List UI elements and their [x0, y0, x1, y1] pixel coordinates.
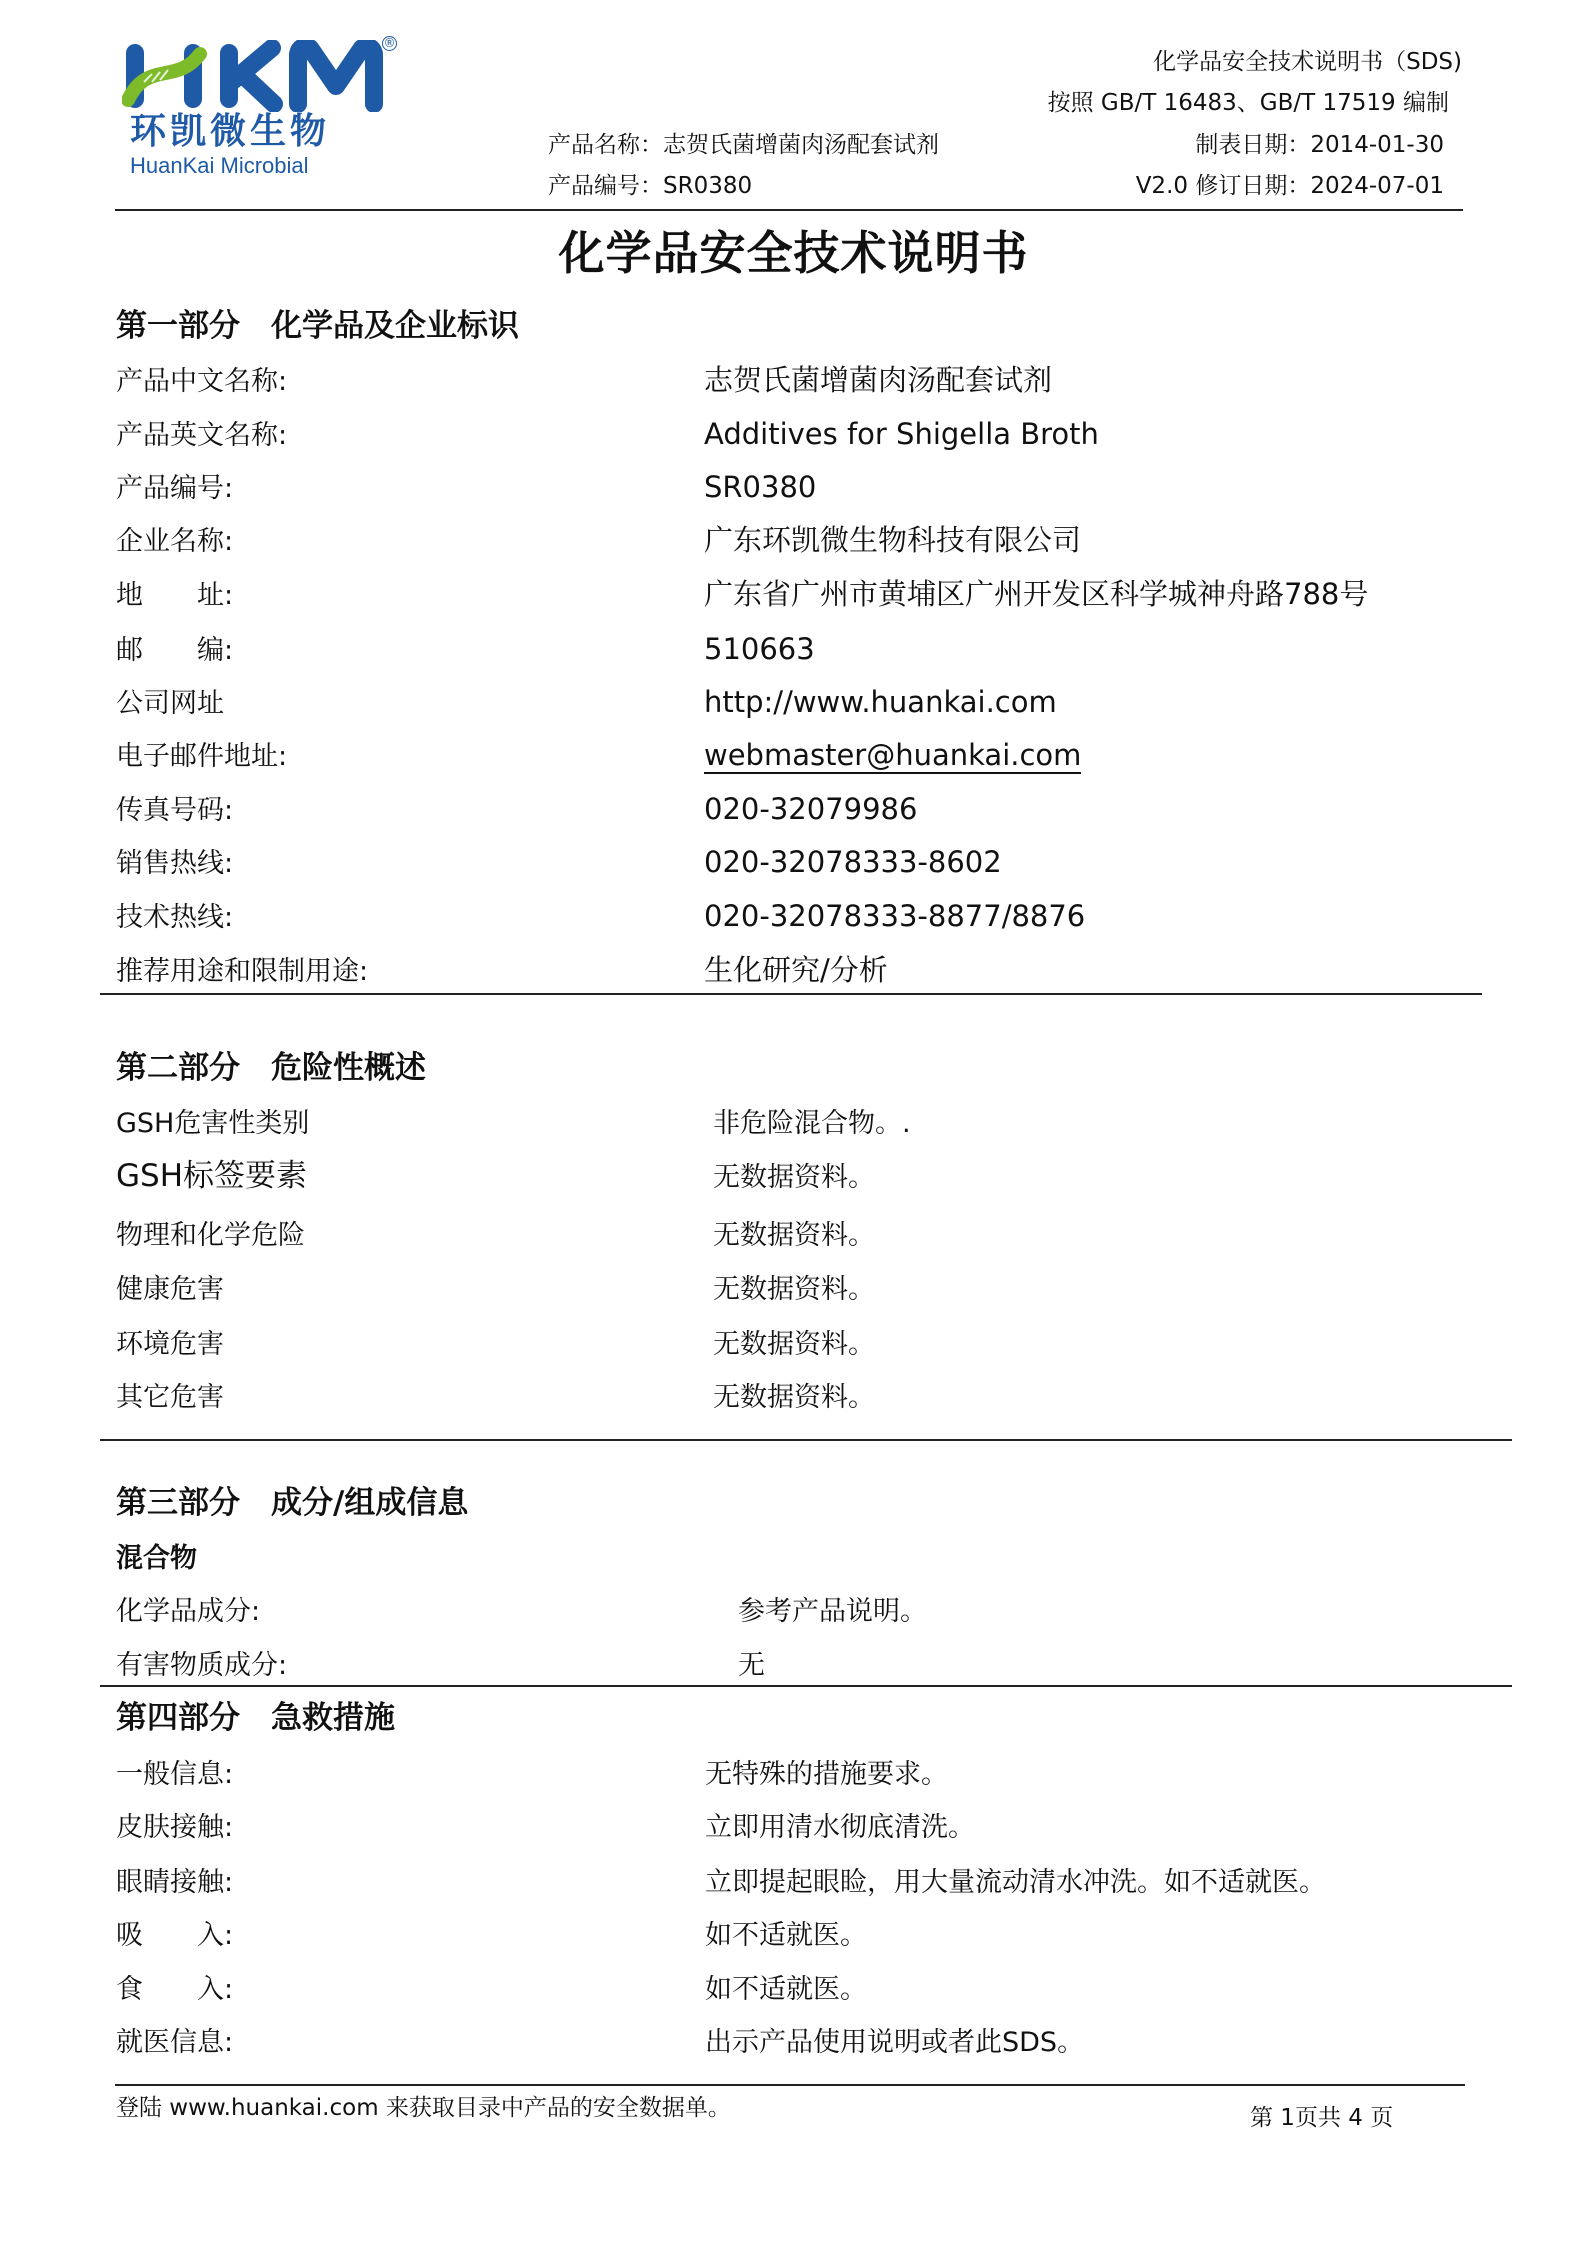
- section-divider: [100, 1439, 1512, 1441]
- field-value: 无数据资料。: [713, 1384, 875, 1411]
- field-label: 产品英文名称:: [116, 422, 287, 449]
- section-heading: 第一部分 化学品及企业标识: [116, 311, 519, 342]
- header-created-date: 制表日期：2014-01-30: [1195, 134, 1444, 157]
- field-label: 产品编号:: [116, 475, 233, 502]
- field-label: 地 址:: [116, 582, 233, 609]
- field-value: 广东省广州市黄埔区广州开发区科学城神舟路788号: [704, 580, 1368, 609]
- field-label: 食 入:: [116, 1976, 233, 2003]
- page-number: 第 1页共 4 页: [1250, 2107, 1393, 2130]
- email-link[interactable]: webmaster@huankai.com: [704, 741, 1081, 774]
- field-label: 物理和化学危险: [116, 1222, 305, 1249]
- field-value: 立即提起眼睑，用大量流动清水冲洗。如不适就医。: [705, 1869, 1326, 1896]
- field-value: SR0380: [704, 473, 816, 502]
- field-label: 销售热线:: [116, 850, 233, 877]
- field-value: 020-32079986: [704, 795, 917, 824]
- header-product-code: 产品编号：SR0380: [548, 175, 752, 198]
- field-value: Additives for Shigella Broth: [704, 420, 1099, 449]
- field-label: 健康危害: [116, 1276, 224, 1303]
- field-label: GSH危害性类别: [116, 1110, 309, 1137]
- header-standard: 按照 GB/T 16483、GB/T 17519 编制: [1048, 92, 1449, 115]
- field-label: 电子邮件地址:: [116, 743, 287, 770]
- field-label: 产品中文名称:: [116, 368, 287, 395]
- header-doc-type: 化学品安全技术说明书（SDS): [1153, 51, 1462, 74]
- field-value: 如不适就医。: [705, 1976, 867, 2003]
- field-value: 出示产品使用说明或者此SDS。: [705, 2029, 1084, 2056]
- section-divider: [100, 1685, 1512, 1687]
- section-heading: 第二部分 危险性概述: [116, 1053, 426, 1084]
- field-value: 020-32078333-8877/8876: [704, 902, 1085, 931]
- field-label: 其它危害: [116, 1384, 224, 1411]
- field-value: 志贺氏菌增菌肉汤配套试剂: [704, 366, 1052, 395]
- logo-name-cn: 环凯微生物: [130, 114, 330, 150]
- field-label: 环境危害: [116, 1331, 224, 1358]
- field-value: 无: [738, 1652, 765, 1679]
- header-product-name: 产品名称：志贺氏菌增菌肉汤配套试剂: [548, 134, 939, 157]
- field-label: 公司网址: [116, 690, 224, 717]
- field-value: 参考产品说明。: [738, 1598, 927, 1625]
- field-label: 眼睛接触:: [116, 1869, 233, 1896]
- field-label: 就医信息:: [116, 2029, 233, 2056]
- section-heading: 第四部分 急救措施: [116, 1703, 395, 1734]
- header-divider: [115, 209, 1463, 211]
- footer-note: 登陆 www.huankai.com 来获取目录中产品的安全数据单。: [116, 2097, 731, 2120]
- field-value: 020-32078333-8602: [704, 848, 1002, 877]
- field-label: 皮肤接触:: [116, 1814, 233, 1841]
- field-label: 吸 入:: [116, 1922, 233, 1949]
- field-label: 一般信息:: [116, 1761, 233, 1788]
- field-value: 无数据资料。: [713, 1331, 875, 1358]
- field-value: 如不适就医。: [705, 1922, 867, 1949]
- field-label: 技术热线:: [116, 904, 233, 931]
- hkm-logo-mark-icon: [122, 40, 390, 112]
- field-label: 邮 编:: [116, 637, 233, 664]
- registered-mark: ®: [382, 36, 397, 51]
- field-value: 非危险混合物。.: [713, 1110, 911, 1137]
- document-title: 化学品安全技术说明书: [0, 230, 1587, 276]
- field-label: 传真号码:: [116, 797, 233, 824]
- section-subheading: 混合物: [116, 1545, 197, 1572]
- footer-divider: [115, 2084, 1465, 2086]
- field-value: 广东环凯微生物科技有限公司: [704, 526, 1081, 555]
- section-divider: [100, 993, 1482, 995]
- field-label: 化学品成分:: [116, 1598, 260, 1625]
- section-heading: 第三部分 成分/组成信息: [116, 1488, 468, 1519]
- header-revision: V2.0 修订日期：2024-07-01: [1136, 175, 1444, 198]
- field-label: GSH标签要素: [116, 1161, 307, 1192]
- field-value: 立即用清水彻底清洗。: [705, 1814, 975, 1841]
- field-label: 推荐用途和限制用途:: [116, 958, 368, 985]
- field-value: 无数据资料。: [713, 1276, 875, 1303]
- field-value: 510663: [704, 635, 815, 664]
- field-value: 无特殊的措施要求。: [705, 1761, 948, 1788]
- field-value: 生化研究/分析: [704, 956, 888, 985]
- field-label: 有害物质成分:: [116, 1652, 287, 1679]
- field-label: 企业名称:: [116, 528, 233, 555]
- field-value: 无数据资料。: [713, 1222, 875, 1249]
- field-value: 无数据资料。: [713, 1164, 875, 1191]
- logo-name-en: HuanKai Microbial: [130, 155, 309, 177]
- website-link[interactable]: http://www.huankai.com: [704, 688, 1057, 717]
